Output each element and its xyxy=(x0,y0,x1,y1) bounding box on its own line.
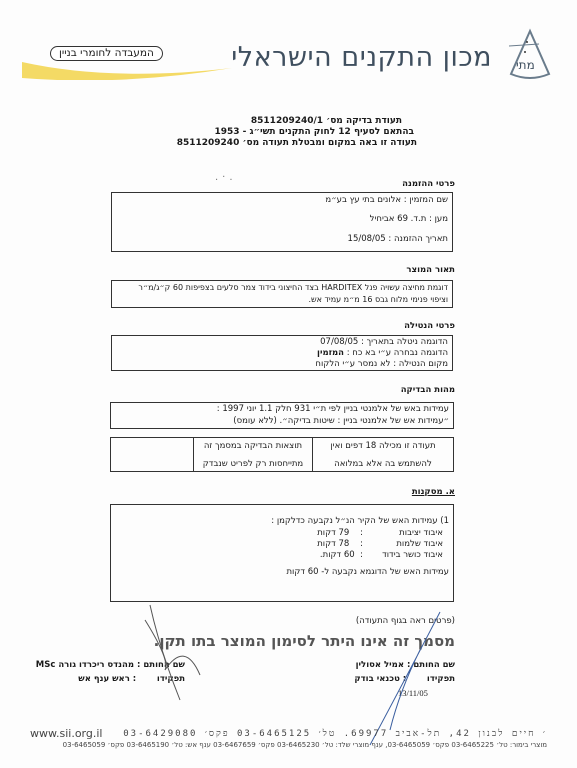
notice-pages-line-1: תעודה זו מכילה 18 דפים ואין xyxy=(313,441,453,451)
test-line-1: עמידות באש של אלמנטי בניין לפי ת״י 931 ח… xyxy=(217,404,449,414)
test-title: מהות הבדיקה xyxy=(401,385,455,395)
order-date: תאריך ההזמנה : 15/08/05 xyxy=(348,234,448,244)
sii-logo: מתי xyxy=(505,28,555,80)
customer-address: מען : ת.ד. 69 אביחיל xyxy=(370,214,448,224)
notice-results-line-1: תוצאות הבדיקה במסמך זה xyxy=(194,441,312,451)
customer-name: שם המזמין : אלונים בתי עץ בע״מ xyxy=(325,195,448,205)
conclusions-box: 1) עמידות האש של הקיר הנ״ל נקבעה כדלקמן … xyxy=(110,504,454,602)
sampling-location: מקום הנטילה : לא נמסר ע״י הלקוח xyxy=(315,359,448,369)
handwritten-signature-left xyxy=(140,600,210,710)
sampling-title: פרטי הנטילה xyxy=(404,321,455,331)
notice-cell-results: תוצאות הבדיקה במסמך זה מתייחסות רק לפריט… xyxy=(193,438,312,471)
conclusion-label: איבוד יציבות xyxy=(363,528,443,538)
certificate-number: תעודת בדיקה מס׳ 8511209240/1 xyxy=(251,116,402,126)
sampling-chosen-by-value: המזמין xyxy=(317,348,344,358)
signer-name-value: מהנדס ריכרדו גורה MSc xyxy=(36,660,134,670)
order-details-title: פרטי ההזמנה xyxy=(402,179,455,189)
order-details-box: שם המזמין : אלונים בתי עץ בע״מ מען : ת.ד… xyxy=(111,192,453,252)
conclusion-row: איבוד שלמות: 78 דקות xyxy=(317,539,443,549)
lab-badge: המעבדה לחומרי בניין xyxy=(50,46,163,61)
org-name: מכון התקנים הישראלי xyxy=(231,42,492,73)
product-box: דוגמת מחיצה עשויה פנל HARDITEX בצד החיצו… xyxy=(111,280,453,308)
conclusion-colon: : xyxy=(349,528,363,538)
conclusion-row: איבוד כושר בידוד: 60 דקות. xyxy=(320,550,443,560)
conclusions-title: א. מסקנות xyxy=(412,487,455,497)
conclusion-colon: : xyxy=(349,539,363,549)
conclusion-label: איבוד שלמות xyxy=(363,539,443,549)
website-link[interactable]: www.sii.org.il xyxy=(30,727,102,740)
certificate-replaces: תעודה זו באה במקום ומבטלת תעודה מס׳ 8511… xyxy=(177,138,417,148)
conclusions-intro: 1) עמידות האש של הקיר הנ״ל נקבעה כדלקמן … xyxy=(271,516,449,526)
product-line-1: דוגמת מחיצה עשויה פנל HARDITEX בצד החיצו… xyxy=(138,283,448,292)
notice-table: תעודה זו מכילה 18 דפים ואין להשתמש בה אל… xyxy=(110,437,454,472)
sampling-box: הדוגמה ניטלה בתאריך : 07/08/05 הדוגמה נב… xyxy=(111,335,453,371)
conclusion-colon: : xyxy=(355,550,363,560)
notice-results-line-2: מתייחסות רק לפריט שנבדק xyxy=(194,459,312,469)
address-line: ׳ חיים לבנון 42, תל-אביב 69977. טל׳ 03-6… xyxy=(123,728,547,739)
notice-cell-pages: תעודה זו מכילה 18 דפים ואין להשתמש בה אל… xyxy=(312,438,453,471)
branches-phone-line: מוצרי בימור: טל׳ 03-6465225 פקס׳ 03-6465… xyxy=(63,741,547,749)
sampling-chosen-by: הדוגמה נבחרה ע״י בא כח : המזמין xyxy=(317,348,448,358)
conclusions-summary: עמידות האש של הדוגמא נקבעה ל- 60 דקות xyxy=(286,567,449,577)
logo-text: מתי xyxy=(516,58,535,72)
sampling-chosen-by-label: הדוגמה נבחרה ע״י בא כח : xyxy=(347,348,448,358)
test-line-2: ״עמידות אש של אלמנטי בניין : שיטות בדיקה… xyxy=(233,416,449,426)
notice-cell-empty xyxy=(111,438,193,471)
product-title: תאור המוצר xyxy=(406,265,455,275)
conclusion-row: איבוד יציבות: 79 דקות xyxy=(317,528,443,538)
scan-marks: .·. xyxy=(215,172,237,183)
conclusion-value: 60 דקות. xyxy=(320,550,355,560)
conclusion-label: איבוד כושר בידוד xyxy=(363,550,443,560)
notice-pages-line-2: להשתמש בה אלא במלואה xyxy=(313,459,453,469)
product-line-2: וציפוי פנימי מלוח גבס 16 מ״מ עמיד אש. xyxy=(308,295,448,304)
conclusion-value: 78 דקות xyxy=(317,539,349,549)
signer-role-value: : ראש ענף אש xyxy=(78,674,136,684)
logo-triangle-icon xyxy=(505,28,555,80)
certificate-law-reference: בהתאם לסעיף 12 לחוק התקנים תשי״ג - 1953 xyxy=(214,127,414,137)
sampling-date: הדוגמה ניטלה בתאריך : 07/08/05 xyxy=(320,337,448,347)
test-box: עמידות באש של אלמנטי בניין לפי ת״י 931 ח… xyxy=(110,402,454,429)
conclusion-value: 79 דקות xyxy=(317,528,349,538)
